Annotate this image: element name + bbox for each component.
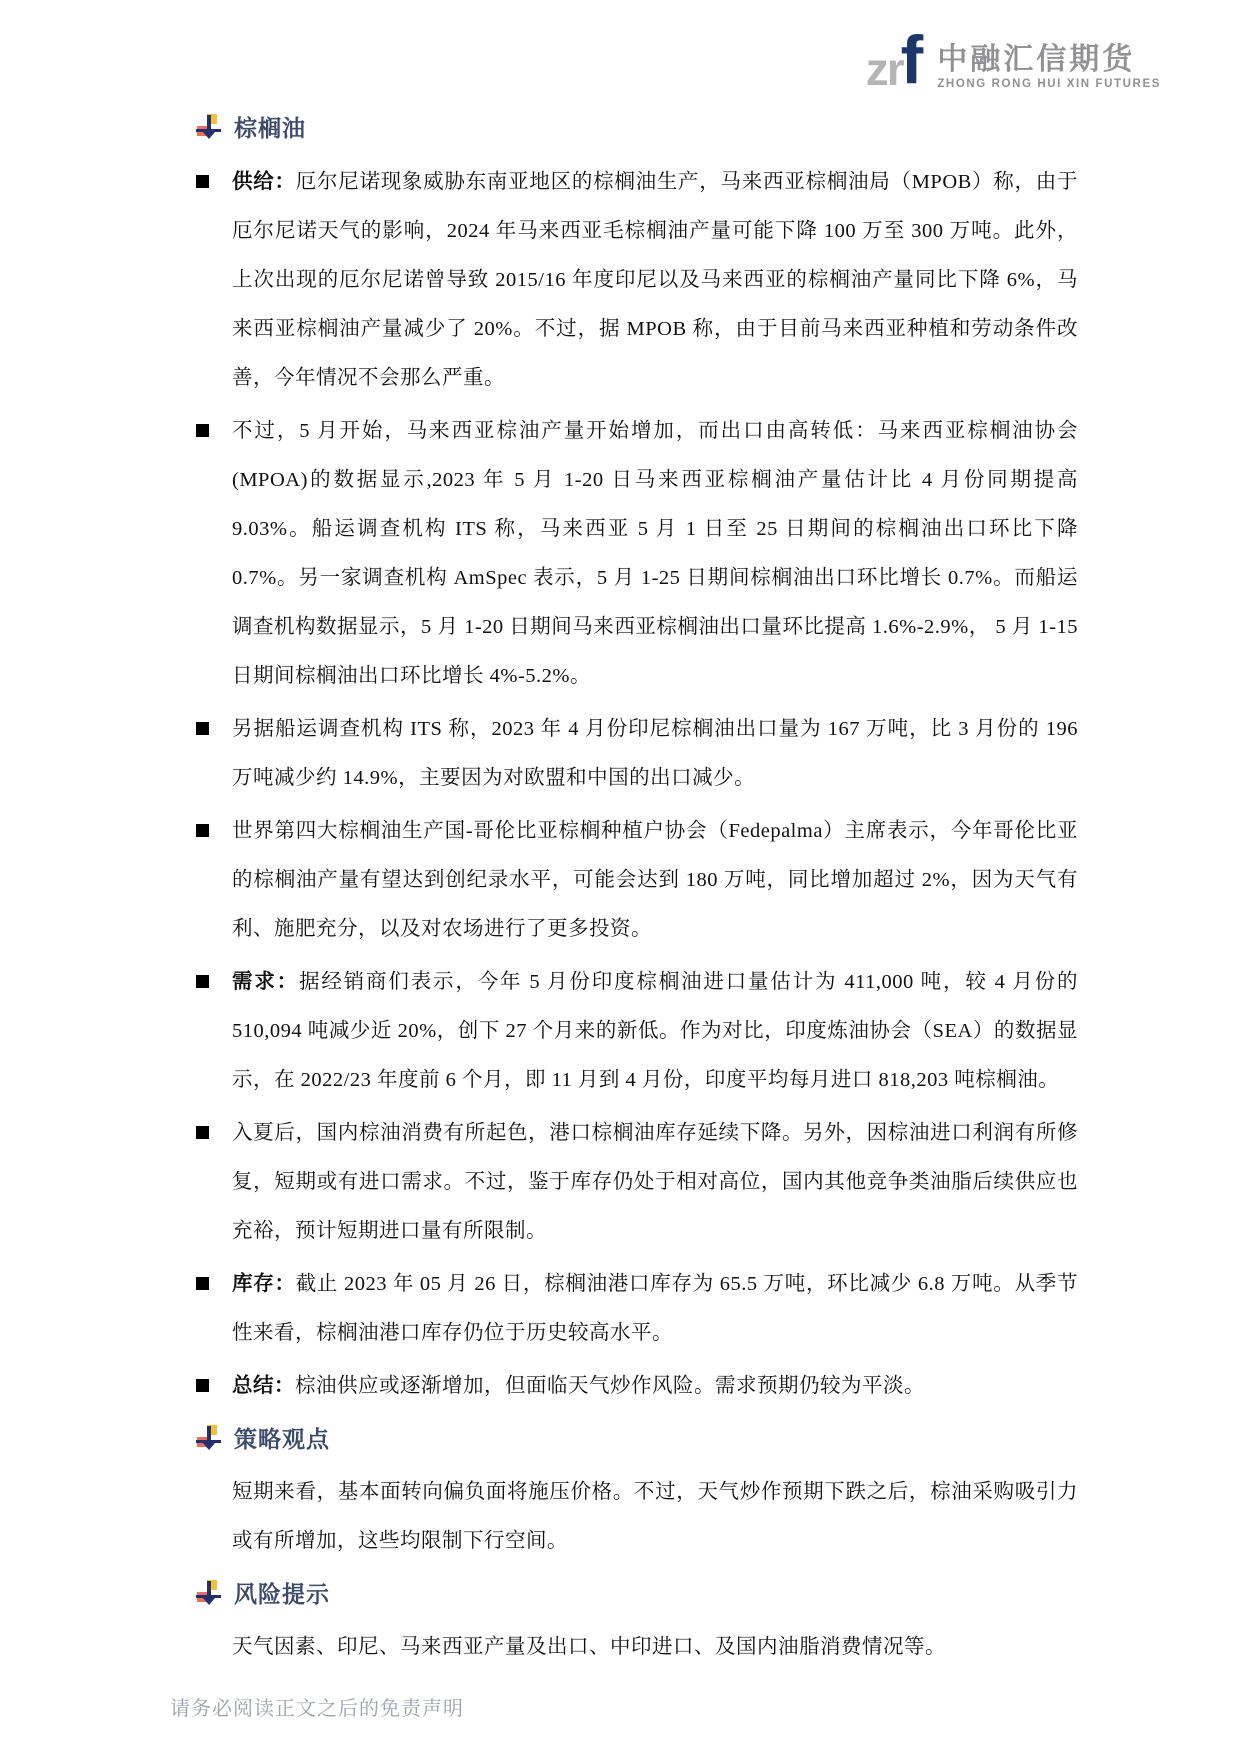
company-logo: zrf 中融汇信期货 ZHONG RONG HUI XIN FUTURES (866, 26, 1161, 94)
logo-zr-letters: zr (866, 46, 903, 94)
square-bullet-icon (196, 957, 232, 1105)
section-title: 风险提示 (234, 1576, 330, 1609)
bullet-body: 棕油供应或逐渐增加，但面临天气炒作风险。需求预期仍较为平淡。 (295, 1375, 925, 1397)
bullet-body: 不过，5 月开始，马来西亚棕油产量开始增加，而出口由高转低：马来西亚棕榈油协会(… (232, 420, 1078, 687)
section-title: 策略观点 (234, 1421, 330, 1454)
bullet-colombia-output: 世界第四大棕榈油生产国-哥伦比亚棕榈种植户协会（Fedepalma）主席表示，今… (196, 806, 1078, 954)
bullet-text: 不过，5 月开始，马来西亚棕油产量开始增加，而出口由高转低：马来西亚棕榈油协会(… (232, 406, 1078, 701)
section-title: 棕榈油 (234, 110, 306, 143)
bullet-label: 供给： (232, 170, 296, 193)
bullet-demand: 需求：据经销商们表示，今年 5 月份印度棕榈油进口量估计为 411,000 吨，… (196, 957, 1078, 1105)
square-bullet-icon (196, 704, 232, 803)
bullet-label: 总结： (232, 1374, 295, 1397)
bullet-inventory: 库存：截止 2023 年 05 月 26 日，棕榈油港口库存为 65.5 万吨，… (196, 1259, 1078, 1358)
disclaimer-note: 请务必阅读正文之后的免责声明 (170, 1698, 464, 1720)
section-arrow-icon (196, 1424, 222, 1451)
company-name-english: ZHONG RONG HUI XIN FUTURES (937, 78, 1161, 90)
square-bullet-icon (196, 1108, 232, 1256)
company-name-chinese: 中融汇信期货 (937, 44, 1161, 76)
bullet-text: 入夏后，国内棕油消费有所起色，港口棕榈油库存延续下降。另外，因棕油进口利润有所修… (232, 1108, 1078, 1256)
bullet-supply: 供给：厄尔尼诺现象威胁东南亚地区的棕榈油生产，马来西亚棕榈油局（MPOB）称，由… (196, 157, 1078, 403)
logo-zrf-mark: zrf (866, 26, 924, 94)
bullet-label: 需求： (232, 970, 299, 993)
strategy-paragraph: 短期来看，基本面转向偏负面将施压价格。不过，天气炒作预期下跌之后，棕油采购吸引力… (232, 1468, 1078, 1566)
bullet-domestic-consumption: 入夏后，国内棕油消费有所起色，港口棕榈油库存延续下降。另外，因棕油进口利润有所修… (196, 1108, 1078, 1256)
logo-names: 中融汇信期货 ZHONG RONG HUI XIN FUTURES (937, 44, 1161, 95)
square-bullet-icon (196, 806, 232, 954)
bullet-body: 据经销商们表示，今年 5 月份印度棕榈油进口量估计为 411,000 吨，较 4… (232, 971, 1078, 1091)
page-footer: 请务必阅读正文之后的免责声明 (170, 1692, 464, 1721)
section-arrow-icon (196, 1579, 222, 1606)
report-body: 棕榈油 供给：厄尔尼诺现象威胁东南亚地区的棕榈油生产，马来西亚棕榈油局（MPOB… (196, 100, 1078, 1675)
square-bullet-icon (196, 157, 232, 403)
bullet-text: 总结：棕油供应或逐渐增加，但面临天气炒作风险。需求预期仍较为平淡。 (232, 1361, 1078, 1411)
section-header-strategy: 策略观点 (196, 1421, 1078, 1454)
square-bullet-icon (196, 1259, 232, 1358)
bullet-text: 世界第四大棕榈油生产国-哥伦比亚棕榈种植户协会（Fedepalma）主席表示，今… (232, 806, 1078, 954)
bullet-text: 库存：截止 2023 年 05 月 26 日，棕榈油港口库存为 65.5 万吨，… (232, 1259, 1078, 1358)
logo-f-letter: f (901, 26, 924, 94)
bullet-text: 另据船运调查机构 ITS 称，2023 年 4 月份印尼棕榈油出口量为 167 … (232, 704, 1078, 803)
bullet-body: 截止 2023 年 05 月 26 日，棕榈油港口库存为 65.5 万吨，环比减… (232, 1273, 1078, 1344)
bullet-indonesia-export: 另据船运调查机构 ITS 称，2023 年 4 月份印尼棕榈油出口量为 167 … (196, 704, 1078, 803)
bullet-body: 厄尔尼诺现象威胁东南亚地区的棕榈油生产，马来西亚棕榈油局（MPOB）称，由于厄尔… (232, 171, 1078, 389)
bullet-label: 库存： (232, 1272, 296, 1295)
bullet-text: 需求：据经销商们表示，今年 5 月份印度棕榈油进口量估计为 411,000 吨，… (232, 957, 1078, 1105)
bullet-body: 另据船运调查机构 ITS 称，2023 年 4 月份印尼棕榈油出口量为 167 … (232, 718, 1078, 789)
square-bullet-icon (196, 1361, 232, 1411)
section-header-palm-oil: 棕榈油 (196, 110, 1078, 143)
bullet-summary: 总结：棕油供应或逐渐增加，但面临天气炒作风险。需求预期仍较为平淡。 (196, 1361, 1078, 1411)
bullet-body: 入夏后，国内棕油消费有所起色，港口棕榈油库存延续下降。另外，因棕油进口利润有所修… (232, 1122, 1078, 1242)
risk-paragraph: 天气因素、印尼、马来西亚产量及出口、中印进口、及国内油脂消费情况等。 (232, 1623, 1078, 1672)
bullet-malaysia-output: 不过，5 月开始，马来西亚棕油产量开始增加，而出口由高转低：马来西亚棕榈油协会(… (196, 406, 1078, 701)
section-header-risk: 风险提示 (196, 1576, 1078, 1609)
section-arrow-icon (196, 113, 222, 140)
bullet-text: 供给：厄尔尼诺现象威胁东南亚地区的棕榈油生产，马来西亚棕榈油局（MPOB）称，由… (232, 157, 1078, 403)
square-bullet-icon (196, 406, 232, 701)
bullet-body: 世界第四大棕榈油生产国-哥伦比亚棕榈种植户协会（Fedepalma）主席表示，今… (232, 820, 1078, 940)
